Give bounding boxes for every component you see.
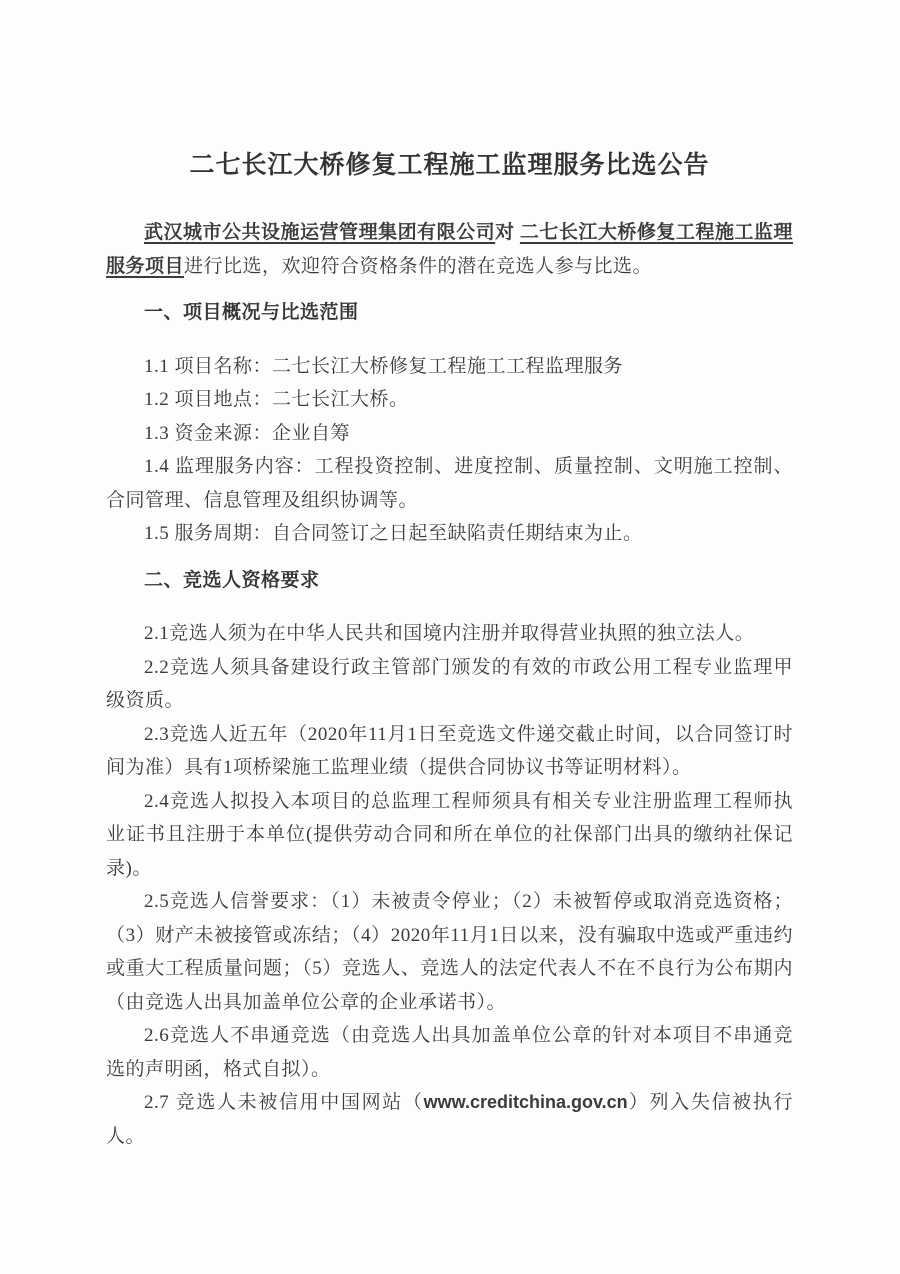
document-title: 二七长江大桥修复工程施工监理服务比选公告 <box>106 148 793 184</box>
text-run: 2.6竞选人不串通竞选（由竞选人出具加盖单位公章的针对本项目不串通竞选的声明函，… <box>106 1025 793 1080</box>
text-run: 进行比选，欢迎符合资格条件的潜在竞选人参与比选。 <box>184 256 652 277</box>
body-paragraph: 1.5 服务周期：自合同签订之日起至缺陷责任期结束为止。 <box>106 517 793 551</box>
text-run: 1.3 资金来源：企业自筹 <box>144 423 350 444</box>
section-heading: 二、竞选人资格要求 <box>106 564 793 598</box>
body-paragraph: 2.2竞选人须具备建设行政主管部门颁发的有效的市政公用工程专业监理甲级资质。 <box>106 651 793 718</box>
body-paragraph: 2.4竞选人拟投入本项目的总监理工程师须具有相关专业注册监理工程师执业证书且注册… <box>106 785 793 886</box>
body-paragraph: 2.1竞选人须为在中华人民共和国境内注册并取得营业执照的独立法人。 <box>106 617 793 651</box>
text-run: 2.2竞选人须具备建设行政主管部门颁发的有效的市政公用工程专业监理甲级资质。 <box>106 657 793 712</box>
section-heading: 一、项目概况与比选范围 <box>106 296 793 330</box>
text-run: 对 <box>495 222 520 243</box>
body-paragraph: 2.5竞选人信誉要求：（1）未被责令停业；（2）未被暂停或取消竞选资格；（3）财… <box>106 885 793 1019</box>
text-run: 2.4竞选人拟投入本项目的总监理工程师须具有相关专业注册监理工程师执业证书且注册… <box>106 791 793 879</box>
text-run: 1.4 监理服务内容：工程投资控制、进度控制、质量控制、文明施工控制、合同管理、… <box>106 456 793 511</box>
document-section: 二、竞选人资格要求2.1竞选人须为在中华人民共和国境内注册并取得营业执照的独立法… <box>106 564 793 1154</box>
body-paragraph: 2.7 竞选人未被信用中国网站（www.creditchina.gov.cn）列… <box>106 1086 793 1153</box>
text-run: 1.1 项目名称：二七长江大桥修复工程施工工程监理服务 <box>144 356 623 377</box>
body-paragraph: 2.3竞选人近五年（2020年11月1日至竞选文件递交截止时间，以合同签订时间为… <box>106 718 793 785</box>
text-run: 武汉城市公共设施运营管理集团有限公司 <box>144 222 495 243</box>
body-paragraph: 1.1 项目名称：二七长江大桥修复工程施工工程监理服务 <box>106 350 793 384</box>
scanned-document-page: 二七长江大桥修复工程施工监理服务比选公告 武汉城市公共设施运营管理集团有限公司对… <box>0 0 900 1274</box>
intro-paragraph: 武汉城市公共设施运营管理集团有限公司对 二七长江大桥修复工程施工监理服务项目进行… <box>106 216 793 283</box>
body-paragraph: 1.2 项目地点：二七长江大桥。 <box>106 383 793 417</box>
credit-china-url: www.creditchina.gov.cn <box>424 1092 628 1112</box>
document-section: 一、项目概况与比选范围1.1 项目名称：二七长江大桥修复工程施工工程监理服务1.… <box>106 296 793 551</box>
body-paragraph: 1.3 资金来源：企业自筹 <box>106 417 793 451</box>
text-run: 1.5 服务周期：自合同签订之日起至缺陷责任期结束为止。 <box>144 523 643 544</box>
text-run: 2.1竞选人须为在中华人民共和国境内注册并取得营业执照的独立法人。 <box>144 623 754 644</box>
body-paragraph: 1.4 监理服务内容：工程投资控制、进度控制、质量控制、文明施工控制、合同管理、… <box>106 450 793 517</box>
text-run: 2.5竞选人信誉要求：（1）未被责令停业；（2）未被暂停或取消竞选资格；（3）财… <box>106 891 793 1013</box>
text-run: 2.3竞选人近五年（2020年11月1日至竞选文件递交截止时间，以合同签订时间为… <box>106 724 793 779</box>
body-paragraph: 2.6竞选人不串通竞选（由竞选人出具加盖单位公章的针对本项目不串通竞选的声明函，… <box>106 1019 793 1086</box>
text-run: 2.7 竞选人未被信用中国网站（ <box>144 1092 424 1113</box>
text-run: 1.2 项目地点：二七长江大桥。 <box>144 389 409 410</box>
document-sections: 一、项目概况与比选范围1.1 项目名称：二七长江大桥修复工程施工工程监理服务1.… <box>106 296 793 1153</box>
